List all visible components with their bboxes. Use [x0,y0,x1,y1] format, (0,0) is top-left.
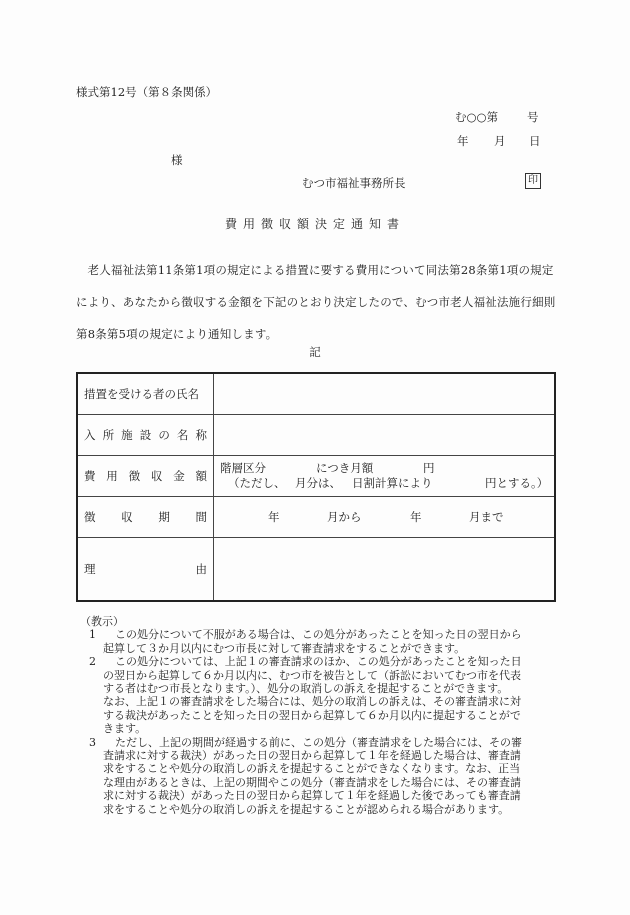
date-day: 日 [529,133,541,149]
table-row-collection-period: 徴収期間 年 月から 年 月まで [77,496,555,537]
table-row-collection-amount: 費用徴収金額 階層区分 につき月額 円 （ただし、 月分は、 日割計算により 円… [77,455,555,496]
month-portion: 月分は、 [295,476,341,491]
proviso-close: 円とする。） [485,476,548,491]
document-number: む○○第 号 [455,109,498,125]
date-year: 年 [457,133,469,149]
daily-proration: 日割計算により [352,476,433,491]
value-reason[interactable] [214,537,556,601]
seal-mark: 印 [525,173,541,189]
period-start-year: 年 [268,509,280,525]
instruction-item-2: 2 この処分については、上記１の審査請求のほか、この処分があったことを知った日 … [83,655,573,735]
instructions-heading: （教示） [80,615,573,628]
table-row-recipient-name: 措置を受ける者の氏名 [77,373,555,414]
label-collection-period: 徴収期間 [77,496,214,537]
period-start-month: 月から [327,509,362,525]
document-number-prefix: む○○第 [455,110,498,124]
label-collection-amount: 費用徴収金額 [77,455,214,496]
table-row-reason: 理由 [77,537,555,601]
period-end-month: 月まで [469,509,504,525]
recipient-honorific: 様 [171,152,183,168]
table-row-facility-name: 入所施設の名称 [77,414,555,455]
date-month: 月 [494,133,506,149]
instruction-item-3: 3 ただし、上記の期間が経過する前に、この処分（審査請求をした場合には、その審 … [83,736,573,816]
body-paragraph: 老人福祉法第11条第1項の規定による措置に要する費用について同法第28条第1項の… [76,254,556,350]
document-title: 費用徴収額決定通知書 [0,215,630,232]
value-facility-name[interactable] [214,414,556,455]
ki-marker: 記 [0,344,630,360]
instruction-item-1: 1 この処分について不服がある場合は、この処分があったことを知った日の翌日から … [83,628,573,655]
document-number-suffix: 号 [527,109,539,125]
value-recipient-name[interactable] [214,373,556,414]
period-end-year: 年 [410,509,422,525]
issuer-name: むつ市福祉事務所長 [302,175,406,191]
value-collection-period[interactable]: 年 月から 年 月まで [214,496,556,537]
label-reason: 理由 [77,537,214,601]
instructions-section: （教示） 1 この処分について不服がある場合は、この処分があったことを知った日の… [83,615,573,816]
proviso-open: （ただし、 [228,476,286,491]
monthly-amount-label: につき月額 [316,461,373,476]
yen-unit: 円 [423,461,435,476]
label-facility-name: 入所施設の名称 [77,414,214,455]
tier-label: 階層区分 [220,461,266,476]
details-table: 措置を受ける者の氏名 入所施設の名称 費用徴収金額 階層区分 につき月額 円 （… [76,372,556,602]
label-recipient-name: 措置を受ける者の氏名 [77,373,214,414]
form-number: 様式第12号（第８条関係） [76,84,217,100]
value-collection-amount[interactable]: 階層区分 につき月額 円 （ただし、 月分は、 日割計算により 円とする。） [214,455,556,496]
